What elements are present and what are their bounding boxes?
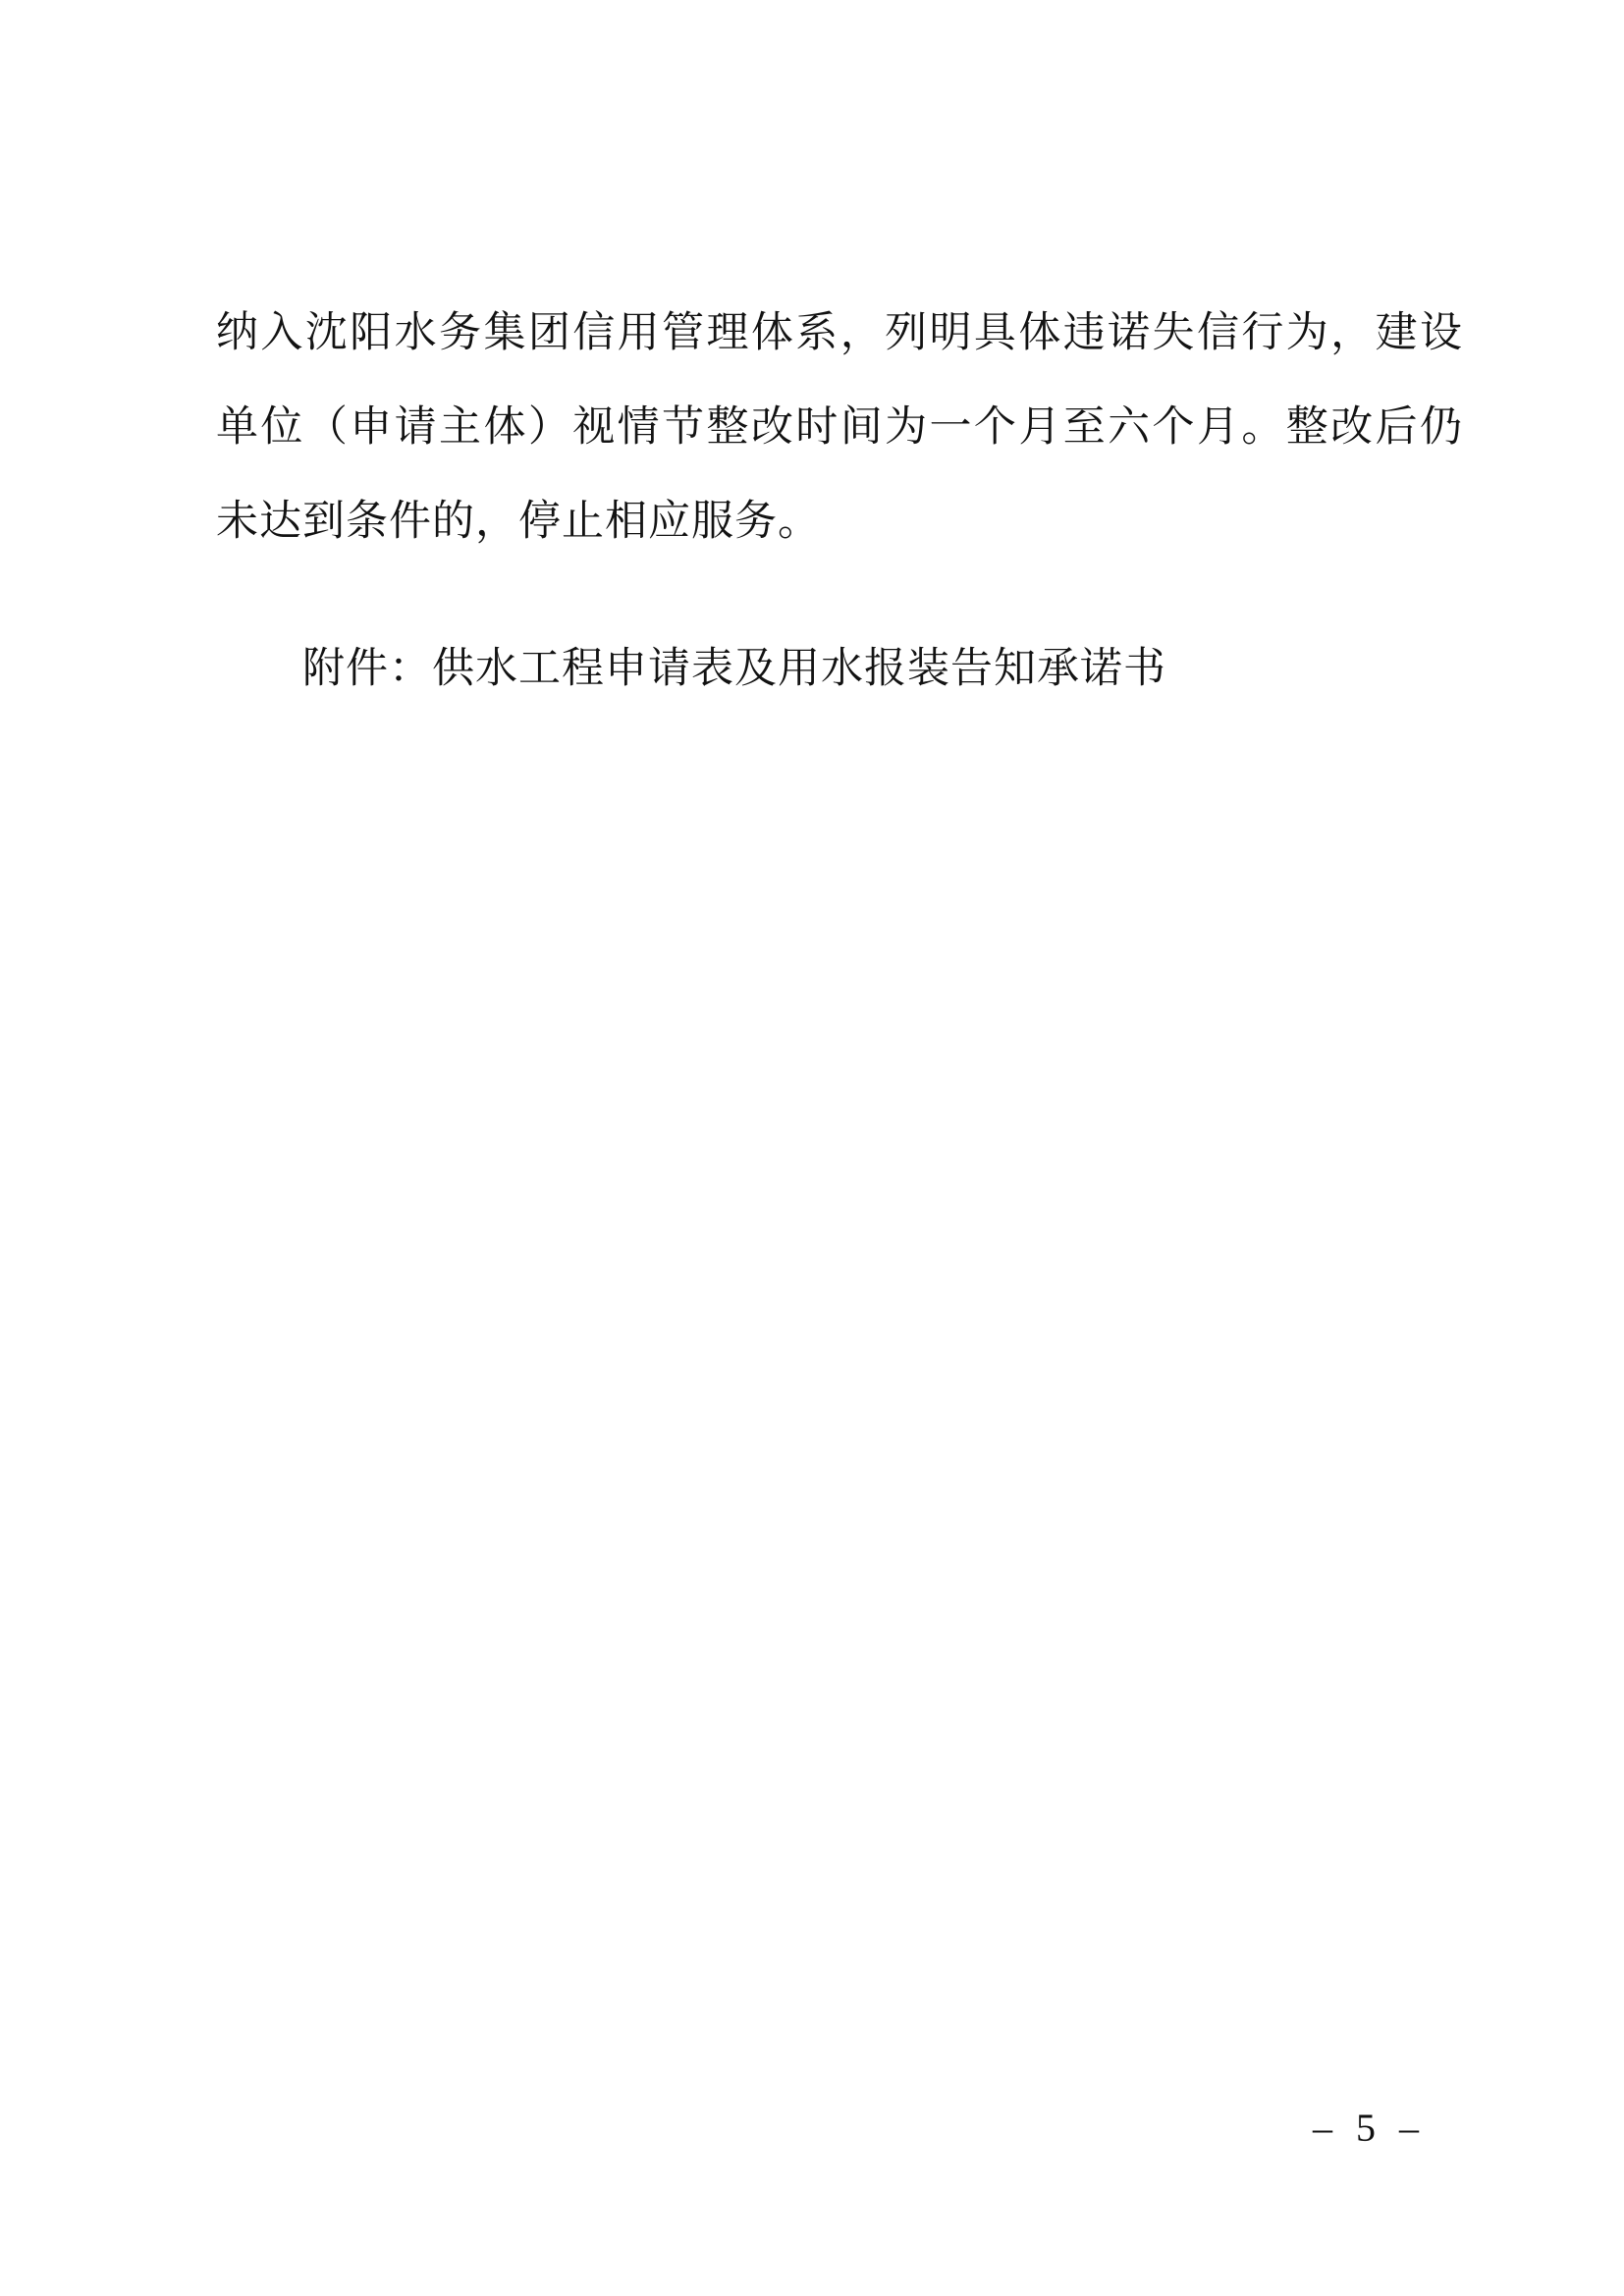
body-text-line-3: 未达到条件的，停止相应服务。 [216, 475, 1463, 569]
body-paragraph: 纳入沈阳水务集团信用管理体系，列明具体违诺失信行为，建设 单位（申请主体）视情节… [216, 287, 1463, 717]
body-text-line-2: 单位（申请主体）视情节整改时间为一个月至六个月。整改后仍 [216, 381, 1463, 475]
document-page: 纳入沈阳水务集团信用管理体系，列明具体违诺失信行为，建设 单位（申请主体）视情节… [0, 0, 1624, 2296]
attachment-note-line: 附件：供水工程申请表及用水报装告知承诺书 [216, 622, 1463, 717]
body-text-line-1: 纳入沈阳水务集团信用管理体系，列明具体违诺失信行为，建设 [216, 287, 1463, 381]
page-number: – 5 – [1313, 2105, 1426, 2152]
